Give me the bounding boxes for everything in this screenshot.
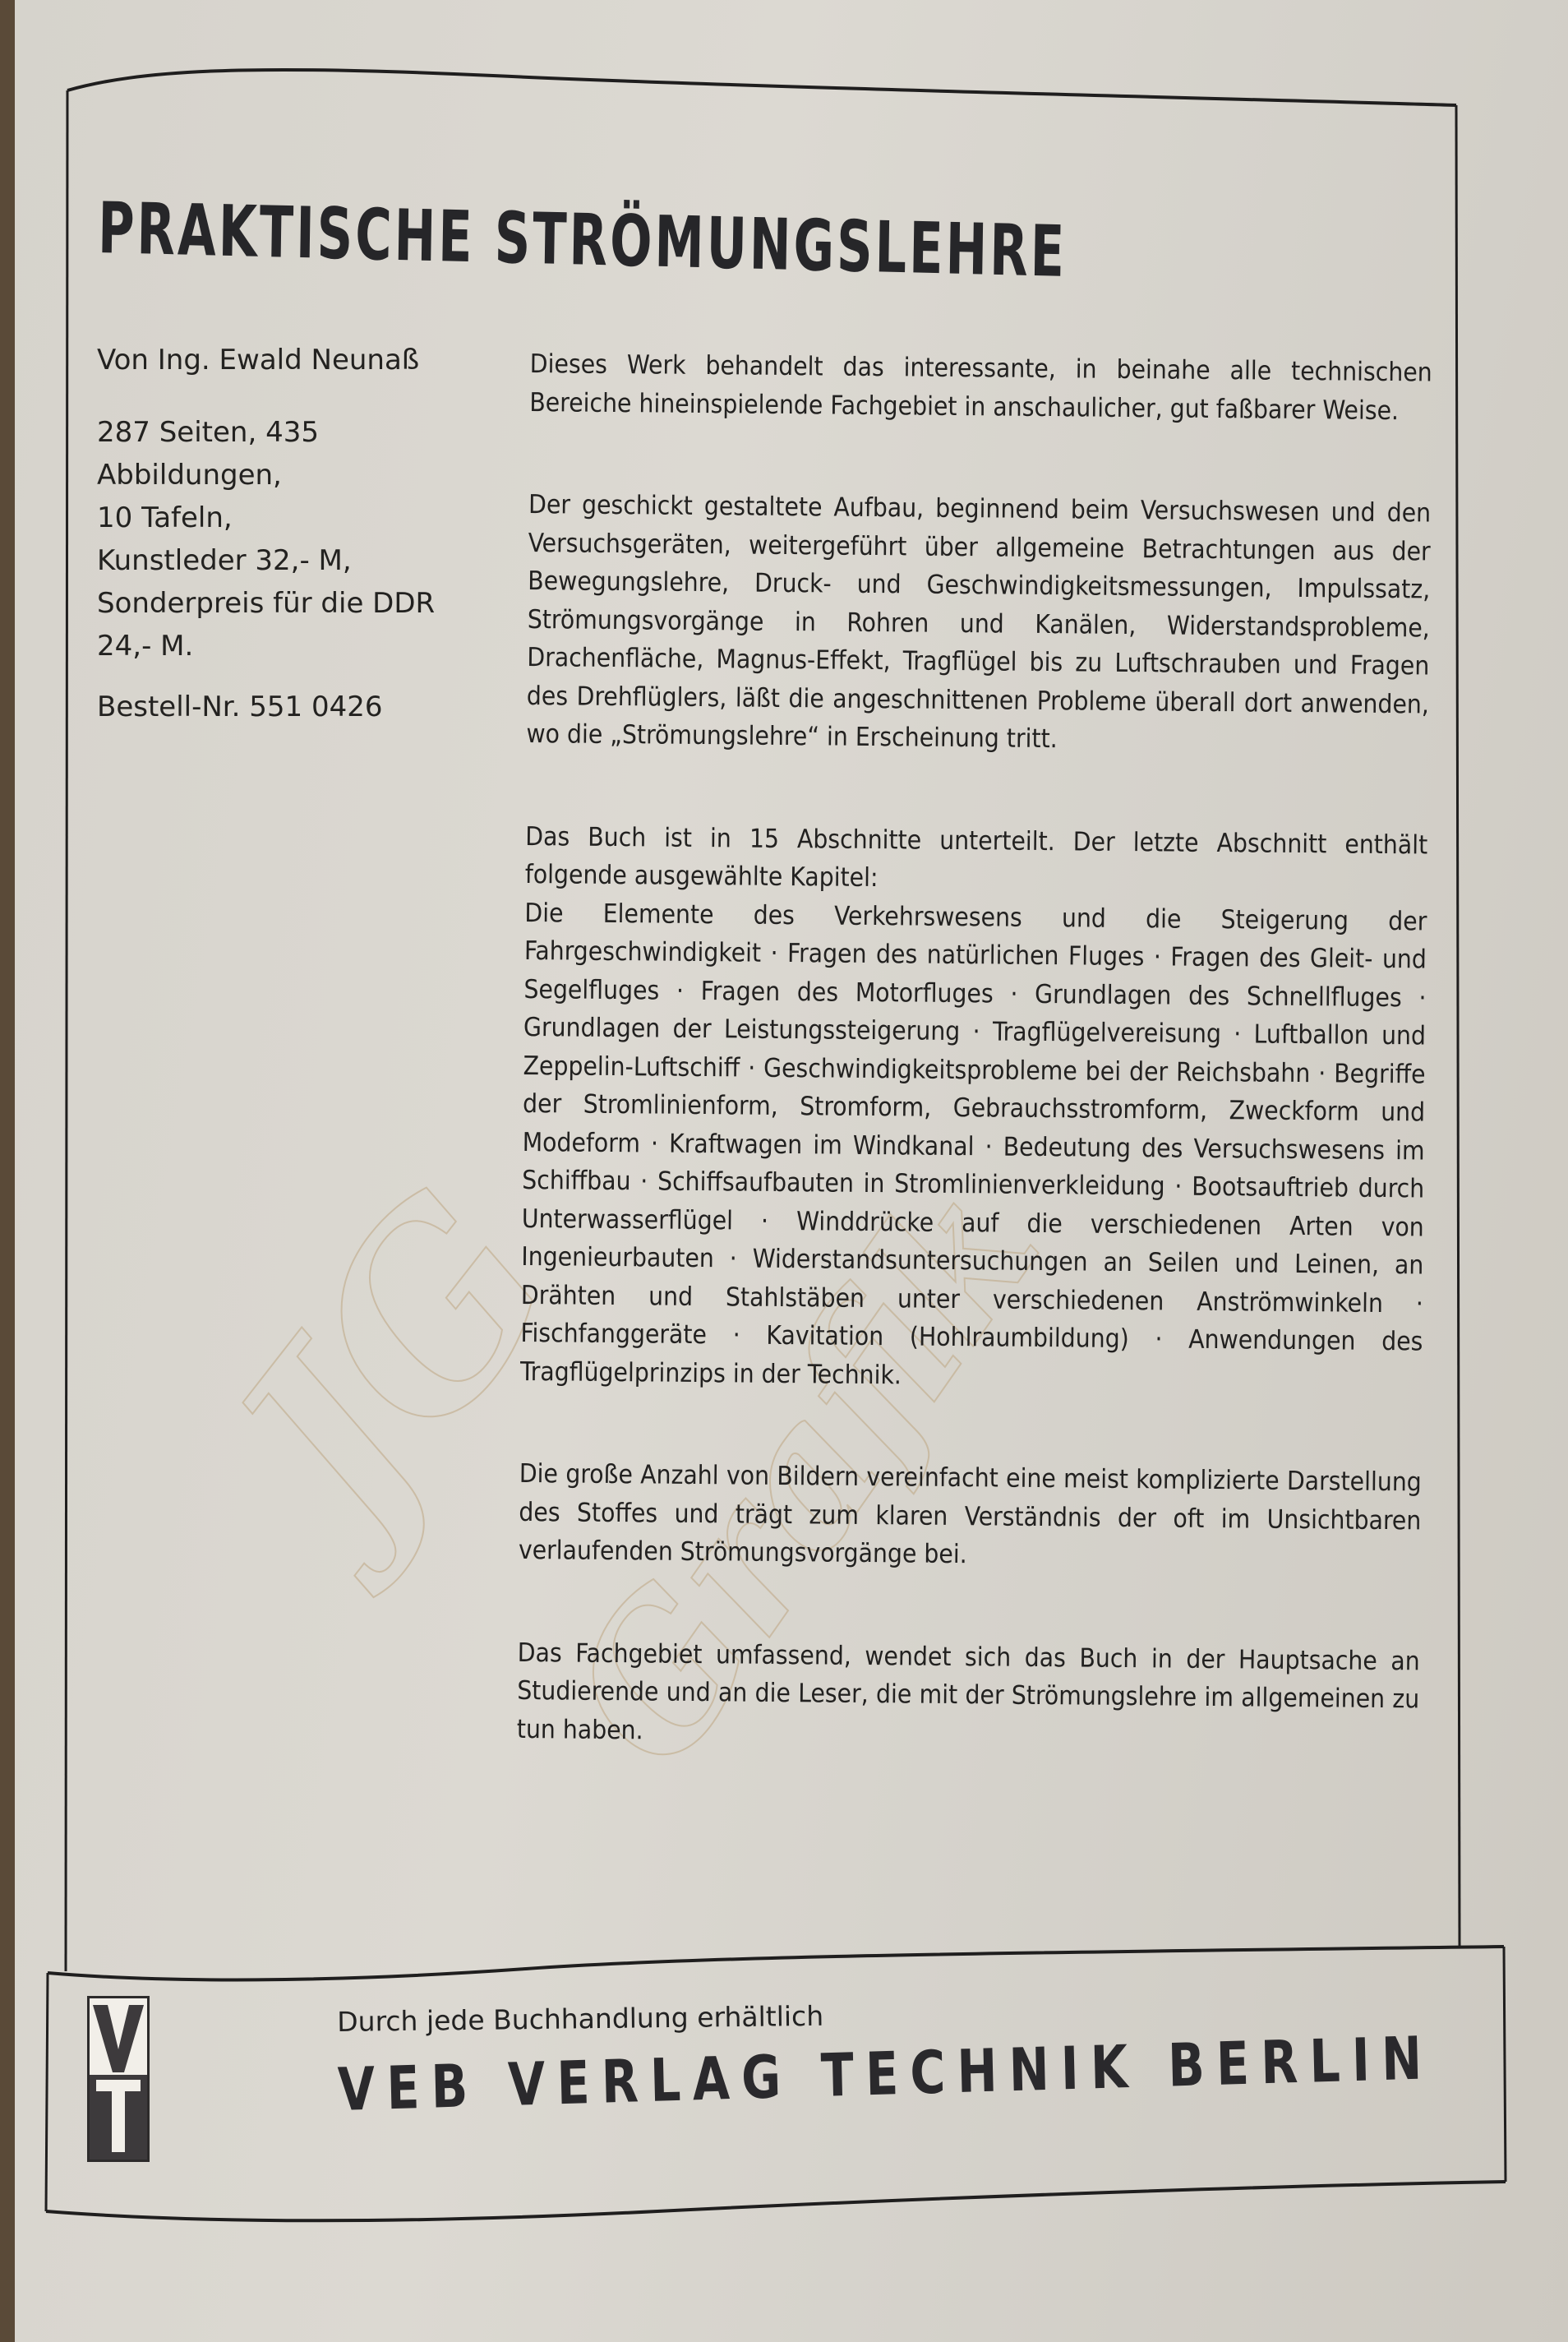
availability-note: Durch jede Buchhandlung erhältlich <box>337 2000 823 2038</box>
paragraph-illustrations: Die große Anzahl von Bildern vereinfacht… <box>519 1455 1422 1578</box>
paragraph-structure: Der geschickt gestaltete Aufbau, beginne… <box>526 486 1431 762</box>
detail-special-price-label: Sonderpreis für die DDR <box>97 582 491 625</box>
order-number: Bestell-Nr. 551 0426 <box>97 686 491 728</box>
logo-letter-t-block <box>90 2075 147 2160</box>
paragraph-sections: Das Buch ist in 15 Abschnitte unterteilt… <box>525 817 1428 903</box>
book-details: Von Ing. Ewald Neunaß 287 Seiten, 435 Ab… <box>97 339 491 728</box>
publisher-logo <box>87 1996 150 2162</box>
detail-special-price: 24,- M. <box>97 625 491 667</box>
book-spine-edge <box>0 0 15 2342</box>
logo-letter-v-icon <box>90 1998 147 2075</box>
detail-plates: 10 Tafeln, <box>97 497 491 539</box>
paragraph-audience: Das Fachgebiet umfassend, wendet sich da… <box>517 1633 1420 1757</box>
detail-price: Kunstleder 32,- M, <box>97 539 491 582</box>
detail-pages: 287 Seiten, 435 Abbildungen, <box>97 411 491 497</box>
author: Von Ing. Ewald Neunaß <box>97 339 491 381</box>
logo-letter-t-icon <box>90 2075 147 2160</box>
paragraph-chapter-list: Die Elemente des Verkehrswesens und die … <box>520 894 1427 1399</box>
paragraph-intro: Dieses Werk behandelt das interessante, … <box>529 345 1432 431</box>
description: Dieses Werk behandelt das interessante, … <box>517 345 1432 1757</box>
